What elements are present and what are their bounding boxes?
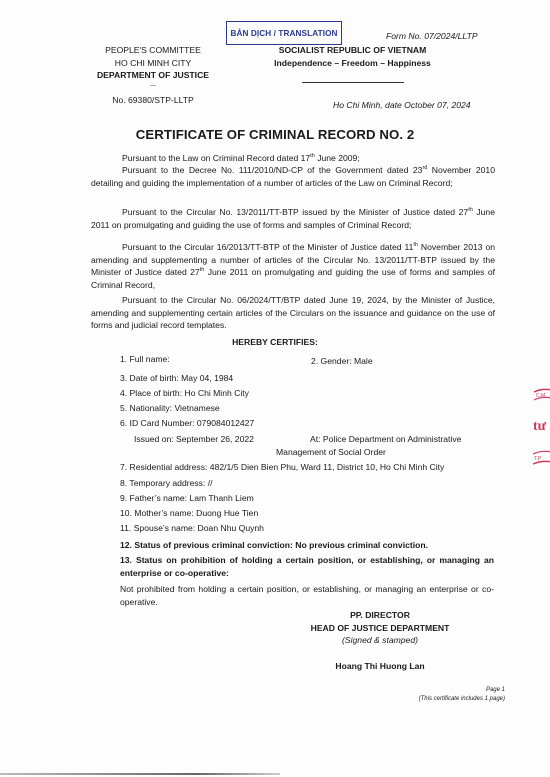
signed-stamped-note: (Signed & stamped) xyxy=(300,634,460,646)
field-residential-address: 7. Residential address: 482/1/5 Dien Bie… xyxy=(120,461,444,473)
field-gender: 2. Gender: Male xyxy=(311,355,373,367)
preamble-2: Pursuant to the Decree No. 111/2010/ND-C… xyxy=(91,164,495,189)
hereby-certifies: HEREBY CERTIFIES: xyxy=(0,336,550,348)
national-motto: Independence – Freedom – Happiness xyxy=(270,57,435,70)
header-rule xyxy=(302,82,404,83)
page-count-note: (This certificate includes 1 page) xyxy=(419,696,505,702)
issuer-line-1: PEOPLE'S COMMITTEE xyxy=(88,44,218,57)
field-temporary-address: 8. Temporary address: // xyxy=(120,477,213,489)
field-criminal-conviction: 12. Status of previous criminal convicti… xyxy=(120,539,428,551)
issuer-line-2: HO CHI MINH CITY xyxy=(88,57,218,70)
signer-name: Hoang Thi Huong Lan xyxy=(300,660,460,672)
scan-edge xyxy=(0,773,280,775)
page-number: Page 1 xyxy=(486,687,505,693)
issuer-separator: --- xyxy=(88,82,218,90)
field-prohibition-status: 13. Status on prohibition of holding a c… xyxy=(120,554,494,579)
field-spouse-name: 11. Spouse’s name: Doan Nhu Quynh xyxy=(120,522,264,534)
svg-text:T.P: T.P xyxy=(534,456,542,462)
preamble-1: Pursuant to the Law on Criminal Record d… xyxy=(91,152,495,165)
field-id-card: 6. ID Card Number: 079084012427 xyxy=(120,417,254,429)
field-father-name: 9. Father’s name: Lam Thanh Liem xyxy=(120,492,254,504)
field-place-of-birth: 4. Place of birth: Ho Chi Minh City xyxy=(120,387,249,399)
svg-text:C.M: C.M xyxy=(536,393,545,399)
svg-text:tư: tư xyxy=(533,419,547,434)
certificate-page: BẢN DỊCH / TRANSLATION Form No. 07/2024/… xyxy=(0,0,550,777)
country-name: SOCIALIST REPUBLIC OF VIETNAM xyxy=(270,44,435,57)
place-date: Ho Chi Minh, date October 07, 2024 xyxy=(333,99,471,111)
preamble-5: Pursuant to the Circular No. 06/2024/TT/… xyxy=(91,294,495,332)
field-prohibition-value: Not prohibited from holding a certain po… xyxy=(120,583,494,608)
field-issued-at-cont: Management of Social Order xyxy=(276,446,386,458)
issuer-header: PEOPLE'S COMMITTEE HO CHI MINH CITY DEPA… xyxy=(88,44,218,106)
preamble-4: Pursuant to the Circular 16/2013/TT-BTP … xyxy=(91,241,495,291)
document-title: CERTIFICATE OF CRIMINAL RECORD NO. 2 xyxy=(0,127,550,142)
field-mother-name: 10. Mother’s name: Duong Hue Tien xyxy=(120,507,258,519)
preamble-3: Pursuant to the Circular No. 13/2011/TT-… xyxy=(91,206,495,231)
translation-stamp: BẢN DỊCH / TRANSLATION xyxy=(226,21,342,45)
signer-department: HEAD OF JUSTICE DEPARTMENT xyxy=(290,622,470,634)
national-header: SOCIALIST REPUBLIC OF VIETNAM Independen… xyxy=(270,44,435,69)
field-issued-at: At: Police Department on Administrative xyxy=(310,433,461,445)
issuer-department: DEPARTMENT OF JUSTICE xyxy=(88,69,218,82)
field-nationality: 5. Nationality: Vietnamese xyxy=(120,402,220,414)
seal-icon: C.M tư T.P xyxy=(532,384,550,474)
field-issued-on: Issued on: September 26, 2022 xyxy=(134,433,254,445)
form-number: Form No. 07/2024/LLTP xyxy=(386,30,478,42)
field-full-name: 1. Full name: xyxy=(120,353,170,365)
document-number: No. 69380/STP-LLTP xyxy=(88,94,218,107)
official-seal-fragment: C.M tư T.P xyxy=(532,384,550,474)
field-date-of-birth: 3. Date of birth: May 04, 1984 xyxy=(120,372,233,384)
signer-title: PP. DIRECTOR xyxy=(300,609,460,621)
